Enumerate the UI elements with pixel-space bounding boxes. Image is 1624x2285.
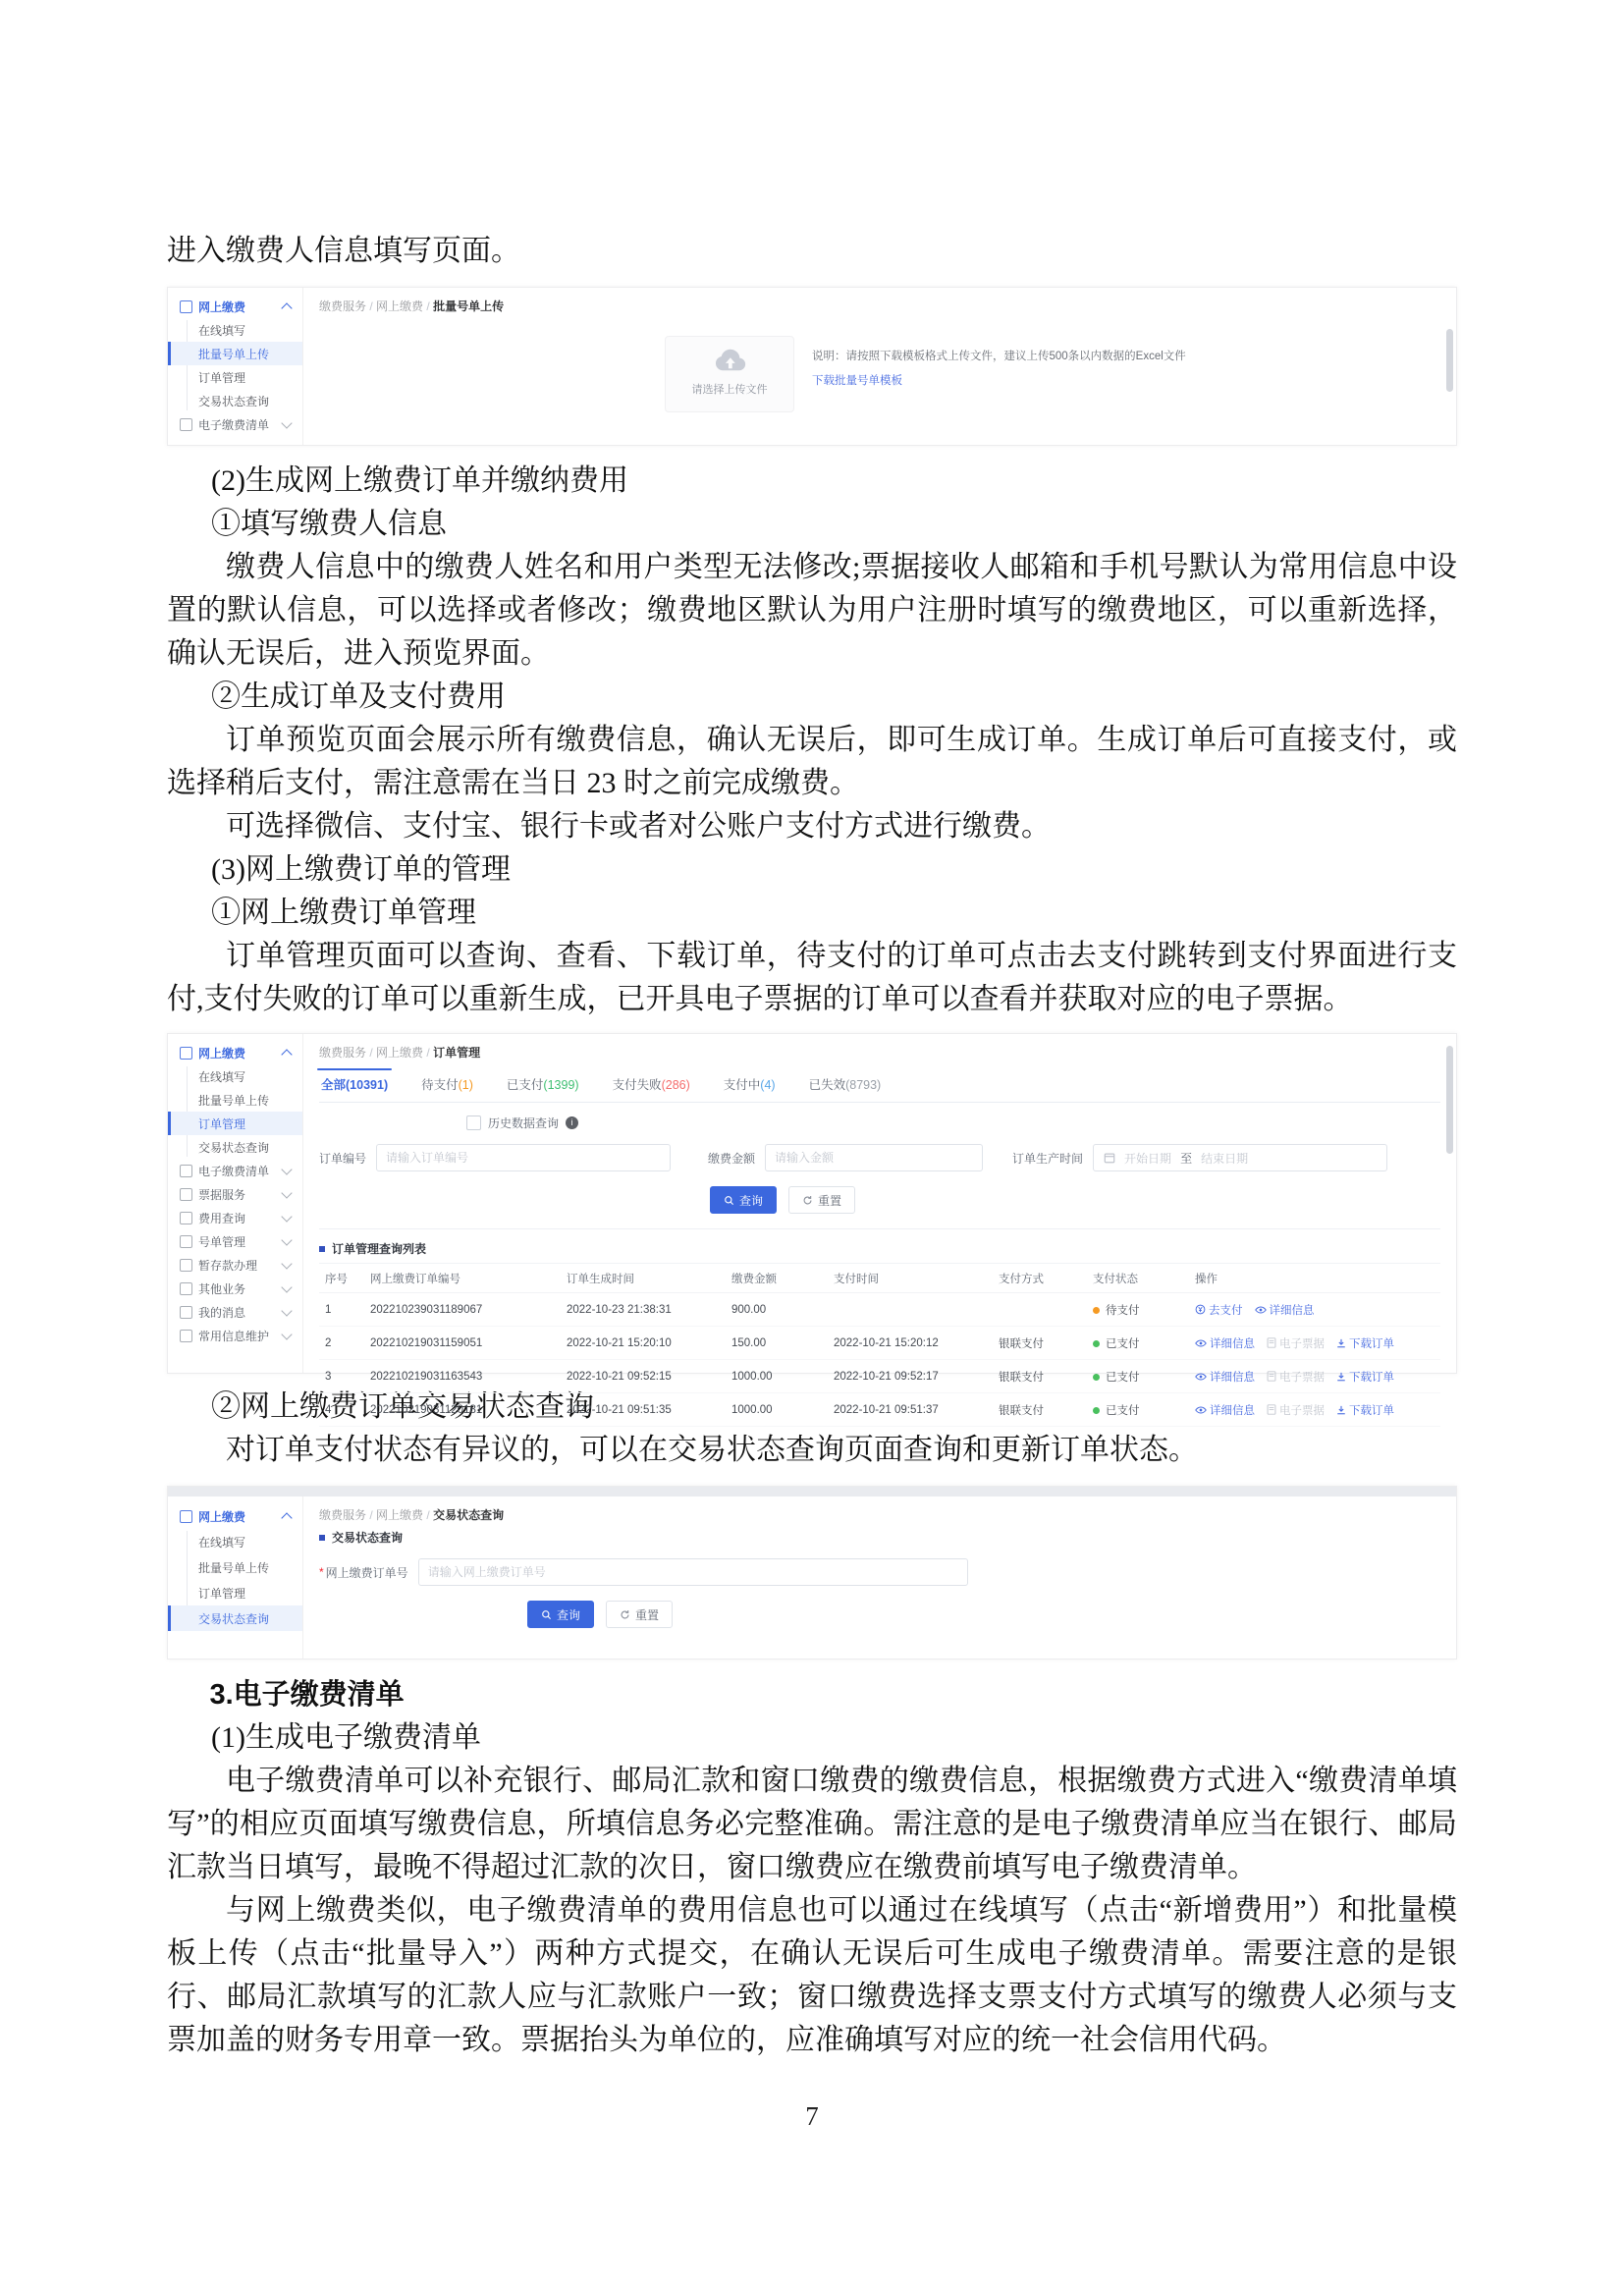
sidebar-item-deposit-handling[interactable]: 暂存款办理 xyxy=(168,1253,302,1277)
eye-icon xyxy=(1195,1406,1207,1414)
sidebar-item-fee-query[interactable]: 费用查询 xyxy=(168,1206,302,1229)
e-ticket-link[interactable]: 电子票据 xyxy=(1267,1402,1325,1418)
eye-icon xyxy=(1255,1306,1267,1314)
sidebar-item-transaction-status[interactable]: 交易状态查询 xyxy=(168,389,302,412)
common-info-icon xyxy=(180,1330,192,1342)
sidebar-item-order-management[interactable]: 订单管理 xyxy=(168,365,302,389)
chevron-down-icon xyxy=(281,417,292,428)
sidebar-item-invoice-service[interactable]: 票据服务 xyxy=(168,1182,302,1206)
sidebar: 网上缴费 在线填写 批量号单上传 订单管理 交易状态查询 xyxy=(168,1496,303,1659)
eye-icon xyxy=(1195,1339,1207,1347)
ticket-icon xyxy=(1267,1371,1276,1382)
status-dot-paid xyxy=(1093,1407,1100,1414)
section-heading: ①填写缴费人信息 xyxy=(167,503,1457,546)
section-title-row: 交易状态查询 xyxy=(319,1529,1440,1546)
tab-failed[interactable]: 支付失败(286) xyxy=(611,1068,692,1102)
online-payment-icon xyxy=(180,1047,192,1060)
col-header: 操作 xyxy=(1189,1264,1440,1293)
reset-button[interactable]: 重置 xyxy=(606,1601,673,1628)
filter-form: 订单编号 缴费金额 订单生产时间 开始日期 至 结束日期 xyxy=(319,1144,1440,1171)
cloud-upload-icon xyxy=(711,346,748,375)
sidebar-item-bill-management[interactable]: 号单管理 xyxy=(168,1229,302,1253)
chevron-down-icon xyxy=(281,1258,292,1269)
section-bullet xyxy=(319,1535,325,1541)
download-template-link[interactable]: 下载批量号单模板 xyxy=(812,372,1186,388)
screenshot-batch-upload: 网上缴费 在线填写 批量号单上传 订单管理 交易状态查询 电子缴费清单 缴费服务… xyxy=(167,287,1457,446)
status-dot-paid xyxy=(1093,1374,1100,1381)
actions-cell: 去支付 详细信息 xyxy=(1189,1293,1440,1327)
sidebar-item-online-fill[interactable]: 在线填写 xyxy=(168,318,302,342)
form-buttons: 查询 重置 xyxy=(710,1186,1440,1214)
status-cell: 已支付 xyxy=(1087,1327,1189,1360)
intro-text: 进入缴费人信息填写页面。 xyxy=(167,230,1457,273)
status-dot-pending xyxy=(1093,1307,1100,1314)
list-bullet xyxy=(319,1246,325,1252)
document-content: 进入缴费人信息填写页面。 网上缴费 在线填写 批量号单上传 订单管理 交易状态查… xyxy=(167,230,1457,2062)
deposit-handling-icon xyxy=(180,1259,192,1272)
col-header: 缴费金额 xyxy=(726,1264,828,1293)
col-header: 序号 xyxy=(319,1264,364,1293)
sidebar-item-other-business[interactable]: 其他业务 xyxy=(168,1277,302,1300)
table-row: 3 202210219031163543 2022-10-21 09:52:15… xyxy=(319,1360,1440,1393)
page-number: 7 xyxy=(0,2101,1624,2132)
chevron-down-icon xyxy=(281,1211,292,1222)
status-tabs: 全部(10391) 待支付(1) 已支付(1399) 支付失败(286) 支付中… xyxy=(319,1068,1440,1103)
sidebar-submenu: 在线填写 批量号单上传 订单管理 交易状态查询 xyxy=(168,1529,302,1631)
breadcrumb: 缴费服务 网上缴费 交易状态查询 xyxy=(319,1506,1440,1523)
order-no-field-row: * 网上缴费订单号 xyxy=(319,1558,1440,1586)
e-payment-list-icon xyxy=(180,1165,192,1177)
chevron-down-icon xyxy=(281,1164,292,1174)
table-row: 4 202210219031120181 2022-10-21 09:51:35… xyxy=(319,1393,1440,1427)
sidebar-item-online-fill[interactable]: 在线填写 xyxy=(168,1529,302,1554)
required-asterisk: * xyxy=(319,1565,324,1579)
col-header: 支付方式 xyxy=(993,1264,1087,1293)
sidebar-submenu: 在线填写 批量号单上传 订单管理 交易状态查询 xyxy=(168,1064,302,1159)
orders-table: 序号 网上缴费订单编号 订单生成时间 缴费金额 支付时间 支付方式 支付状态 操… xyxy=(319,1263,1440,1427)
e-ticket-link[interactable]: 电子票据 xyxy=(1267,1335,1325,1351)
actions-cell: 详细信息 电子票据 下载订单 xyxy=(1189,1327,1440,1360)
upload-note: 说明：请按照下载模板格式上传文件，建议上传500条以内数据的Excel文件 xyxy=(812,351,1186,362)
breadcrumb-item[interactable]: 网上缴费 xyxy=(376,1506,433,1523)
chevron-up-icon xyxy=(281,1512,292,1523)
paragraph: 订单管理页面可以查询、查看、下载订单，待支付的订单可点击去支付跳转到支付界面进行… xyxy=(167,935,1457,1021)
sidebar-item-online-payment[interactable]: 网上缴费 xyxy=(168,295,302,318)
scrollbar[interactable] xyxy=(1446,329,1453,392)
order-no-input[interactable] xyxy=(418,1558,968,1586)
screenshot-order-management: 网上缴费 在线填写 批量号单上传 订单管理 交易状态查询 电子缴费清单 票据服务… xyxy=(167,1033,1457,1374)
status-cell: 已支付 xyxy=(1087,1360,1189,1393)
sidebar: 网上缴费 在线填写 批量号单上传 订单管理 交易状态查询 电子缴费清单 xyxy=(168,288,303,445)
actions-cell: 详细信息 电子票据 下载订单 xyxy=(1189,1360,1440,1393)
table-header-row: 序号 网上缴费订单编号 订单生成时间 缴费金额 支付时间 支付方式 支付状态 操… xyxy=(319,1264,1440,1293)
my-messages-icon xyxy=(180,1306,192,1319)
section-heading: ②生成订单及支付费用 xyxy=(167,676,1457,719)
upload-dropzone[interactable]: 请选择上传文件 xyxy=(665,336,794,412)
chevron-up-icon xyxy=(281,302,292,313)
order-no-input[interactable] xyxy=(376,1144,671,1171)
paragraph: 对订单支付状态有异议的，可以在交易状态查询页面查询和更新订单状态。 xyxy=(167,1429,1457,1472)
detail-link[interactable]: 详细信息 xyxy=(1195,1335,1255,1351)
download-order-link[interactable]: 下载订单 xyxy=(1336,1402,1394,1418)
status-cell: 待支付 xyxy=(1087,1293,1189,1327)
scrollbar[interactable] xyxy=(1446,1046,1453,1154)
actions-cell: 详细信息 电子票据 下载订单 xyxy=(1189,1393,1440,1427)
main-panel: 缴费服务 网上缴费 批量号单上传 请选择上传文件 说明：请按照下载模板格式上传文… xyxy=(303,288,1456,445)
start-date-placeholder[interactable]: 开始日期 xyxy=(1124,1150,1171,1167)
list-title: 订单管理查询列表 xyxy=(332,1240,426,1257)
sidebar-item-order-management[interactable]: 订单管理 xyxy=(168,1112,302,1135)
download-icon xyxy=(1336,1372,1346,1382)
sidebar-item-e-payment-list[interactable]: 电子缴费清单 xyxy=(168,412,302,436)
amount-label: 缴费金额 xyxy=(708,1150,755,1167)
sidebar-item-online-payment[interactable]: 网上缴费 xyxy=(168,1041,302,1064)
order-no-label: 网上缴费订单号 xyxy=(326,1564,408,1581)
breadcrumb-item[interactable]: 网上缴费 xyxy=(376,298,433,314)
list-title-row: 订单管理查询列表 xyxy=(319,1240,1440,1257)
detail-link[interactable]: 详细信息 xyxy=(1255,1302,1315,1318)
tab-all[interactable]: 全部(10391) xyxy=(319,1068,390,1102)
upload-label: 请选择上传文件 xyxy=(666,381,793,397)
sidebar-item-my-messages[interactable]: 我的消息 xyxy=(168,1300,302,1324)
status-dot-paid xyxy=(1093,1340,1100,1347)
go-pay-link[interactable]: 去支付 xyxy=(1195,1302,1243,1318)
refresh-icon xyxy=(802,1195,813,1206)
section-title: 交易状态查询 xyxy=(332,1529,403,1546)
calendar-icon xyxy=(1104,1152,1115,1164)
breadcrumb-item-current: 交易状态查询 xyxy=(433,1506,504,1523)
top-strip xyxy=(168,1487,1456,1496)
section-heading: (2)生成网上缴费订单并缴纳费用 xyxy=(167,460,1457,503)
divider xyxy=(319,1228,1440,1229)
breadcrumb: 缴费服务 网上缴费 批量号单上传 xyxy=(319,298,1440,314)
breadcrumb-item[interactable]: 缴费服务 xyxy=(319,1044,376,1061)
online-payment-icon xyxy=(180,300,192,313)
search-icon xyxy=(541,1609,552,1620)
download-icon xyxy=(1336,1338,1346,1348)
online-payment-icon xyxy=(180,1510,192,1523)
table-row: 1 202210239031189067 2022-10-23 21:38:31… xyxy=(319,1293,1440,1327)
refresh-icon xyxy=(620,1609,630,1620)
sidebar-item-online-fill[interactable]: 在线填写 xyxy=(168,1064,302,1088)
document-page: 进入缴费人信息填写页面。 网上缴费 在线填写 批量号单上传 订单管理 交易状态查… xyxy=(0,0,1624,2285)
fee-query-icon xyxy=(180,1212,192,1224)
e-payment-list-icon xyxy=(180,418,192,431)
section-heading: (1)生成电子缴费清单 xyxy=(167,1716,1457,1760)
section-heading: ①网上缴费订单管理 xyxy=(167,892,1457,935)
section-heading: (3)网上缴费订单的管理 xyxy=(167,848,1457,892)
status-cell: 已支付 xyxy=(1087,1393,1189,1427)
paragraph: 电子缴费清单可以补充银行、邮局汇款和窗口缴费的缴费信息，根据缴费方式进入“缴费清… xyxy=(167,1760,1457,1889)
tab-pending[interactable]: 待支付(1) xyxy=(419,1068,475,1102)
detail-link[interactable]: 详细信息 xyxy=(1195,1369,1255,1385)
chevron-down-icon xyxy=(281,1281,292,1292)
chevron-down-icon xyxy=(281,1187,292,1198)
sidebar-item-e-payment-list[interactable]: 电子缴费清单 xyxy=(168,1159,302,1182)
paragraph: 可选择微信、支付宝、银行卡或者对公账户支付方式进行缴费。 xyxy=(167,805,1457,848)
eye-icon xyxy=(1195,1373,1207,1381)
pay-icon xyxy=(1195,1304,1206,1315)
col-header: 支付状态 xyxy=(1087,1264,1189,1293)
bill-management-icon xyxy=(180,1235,192,1248)
tab-paid[interactable]: 已支付(1399) xyxy=(505,1068,581,1102)
screenshot-transaction-status: 网上缴费 在线填写 批量号单上传 订单管理 交易状态查询 缴费服务 网上缴费 交… xyxy=(167,1486,1457,1659)
sidebar-submenu: 在线填写 批量号单上传 订单管理 交易状态查询 xyxy=(168,318,302,412)
upload-area: 请选择上传文件 说明：请按照下载模板格式上传文件，建议上传500条以内数据的Ex… xyxy=(665,336,1440,412)
history-checkbox[interactable] xyxy=(466,1115,481,1130)
tab-in-progress[interactable]: 支付中(4) xyxy=(722,1068,778,1102)
chevron-down-icon xyxy=(281,1234,292,1245)
sidebar-item-batch-upload[interactable]: 批量号单上传 xyxy=(168,1088,302,1112)
breadcrumb-item-current: 订单管理 xyxy=(433,1044,480,1061)
form-buttons: 查询 重置 xyxy=(527,1601,1440,1628)
main-panel: 缴费服务 网上缴费 订单管理 全部(10391) 待支付(1) 已支付(1399… xyxy=(303,1034,1456,1373)
e-ticket-link[interactable]: 电子票据 xyxy=(1267,1369,1325,1385)
query-button[interactable]: 查询 xyxy=(527,1601,594,1628)
sidebar-item-transaction-status[interactable]: 交易状态查询 xyxy=(168,1135,302,1159)
history-query-row: 历史数据查询 xyxy=(466,1115,1440,1131)
order-time-label: 订单生产时间 xyxy=(1012,1150,1083,1167)
section-heading-bold: 3.电子缴费清单 xyxy=(167,1673,1457,1716)
other-business-icon xyxy=(180,1282,192,1295)
breadcrumb-item-current: 批量号单上传 xyxy=(433,298,504,314)
sidebar-item-transaction-status[interactable]: 交易状态查询 xyxy=(168,1605,302,1631)
main-panel: 缴费服务 网上缴费 交易状态查询 交易状态查询 * 网上缴费订单号 查询 xyxy=(303,1496,1456,1659)
detail-link[interactable]: 详细信息 xyxy=(1195,1402,1255,1418)
chevron-down-icon xyxy=(281,1305,292,1316)
paragraph: 订单预览页面会展示所有缴费信息，确认无误后，即可生成订单。生成订单后可直接支付，… xyxy=(167,719,1457,805)
paragraph: 缴费人信息中的缴费人姓名和用户类型无法修改;票据接收人邮箱和手机号默认为常用信息… xyxy=(167,546,1457,676)
ticket-icon xyxy=(1267,1404,1276,1415)
order-no-label: 订单编号 xyxy=(319,1150,366,1167)
col-header: 支付时间 xyxy=(828,1264,993,1293)
info-icon[interactable] xyxy=(566,1116,578,1129)
history-label: 历史数据查询 xyxy=(488,1115,559,1131)
end-date-placeholder[interactable]: 结束日期 xyxy=(1201,1150,1248,1167)
search-icon xyxy=(724,1195,734,1206)
sidebar-item-batch-upload[interactable]: 批量号单上传 xyxy=(168,1554,302,1580)
tab-expired[interactable]: 已失效(8793) xyxy=(807,1068,884,1102)
breadcrumb-item[interactable]: 网上缴费 xyxy=(376,1044,433,1061)
col-header: 网上缴费订单编号 xyxy=(364,1264,561,1293)
table-row: 2 202210219031159051 2022-10-21 15:20:10… xyxy=(319,1327,1440,1360)
sidebar-item-order-management[interactable]: 订单管理 xyxy=(168,1580,302,1605)
date-range-picker[interactable]: 开始日期 至 结束日期 xyxy=(1093,1144,1387,1171)
download-order-link[interactable]: 下载订单 xyxy=(1336,1335,1394,1351)
chevron-down-icon xyxy=(281,1329,292,1339)
amount-input[interactable] xyxy=(765,1144,983,1171)
sidebar-item-online-payment[interactable]: 网上缴费 xyxy=(168,1503,302,1529)
upload-note-block: 说明：请按照下载模板格式上传文件，建议上传500条以内数据的Excel文件 下载… xyxy=(812,336,1186,412)
paragraph: 与网上缴费类似，电子缴费清单的费用信息也可以通过在线填写（点击“新增费用”）和批… xyxy=(167,1889,1457,2062)
sidebar: 网上缴费 在线填写 批量号单上传 订单管理 交易状态查询 电子缴费清单 票据服务… xyxy=(168,1034,303,1373)
date-separator: 至 xyxy=(1180,1150,1192,1167)
download-order-link[interactable]: 下载订单 xyxy=(1336,1369,1394,1385)
breadcrumb-item[interactable]: 缴费服务 xyxy=(319,1506,376,1523)
ticket-icon xyxy=(1267,1337,1276,1348)
download-icon xyxy=(1336,1405,1346,1415)
reset-button[interactable]: 重置 xyxy=(788,1186,855,1214)
col-header: 订单生成时间 xyxy=(561,1264,726,1293)
query-button[interactable]: 查询 xyxy=(710,1186,777,1214)
breadcrumb-item[interactable]: 缴费服务 xyxy=(319,298,376,314)
sidebar-item-batch-upload[interactable]: 批量号单上传 xyxy=(168,342,302,365)
chevron-up-icon xyxy=(281,1049,292,1060)
invoice-service-icon xyxy=(180,1188,192,1201)
breadcrumb: 缴费服务 网上缴费 订单管理 xyxy=(319,1044,1440,1061)
sidebar-item-common-info[interactable]: 常用信息维护 xyxy=(168,1324,302,1347)
